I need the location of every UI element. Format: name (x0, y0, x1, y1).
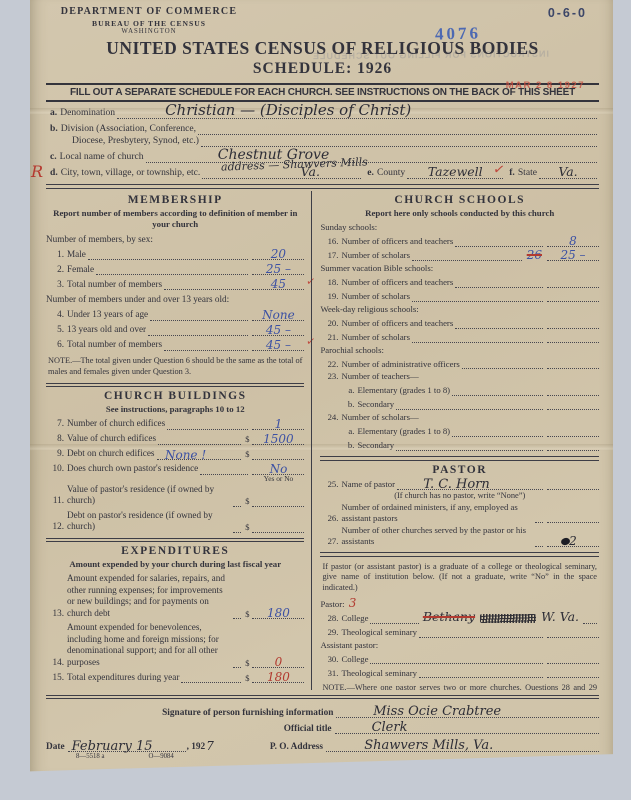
dotted-leader (419, 666, 543, 678)
dotted-leader (455, 317, 543, 329)
field-prefix: d. (50, 167, 58, 179)
pastor-note: NOTE.—Where one pastor serves two or mor… (322, 683, 597, 690)
question-number: 10. (46, 463, 64, 475)
dotted-leader: address — Shawvers Mills Va. (202, 167, 361, 179)
parenthetical-note: (If church has no pastor, write “None”) (320, 491, 599, 500)
question-number: 19. (320, 291, 338, 302)
dotted-leader (396, 398, 543, 410)
city-line: WASHINGTON (54, 28, 244, 36)
question-row: 15.Total expenditures during year$180 (46, 671, 304, 683)
question-number: 29. (320, 627, 338, 638)
question-row: 30.College (320, 652, 599, 664)
dotted-leader (412, 249, 522, 261)
red-handwritten-mark: 3 (349, 596, 357, 610)
dotted-leader (167, 418, 248, 430)
handwritten-date: February 15 (72, 740, 153, 753)
question-row: 31.Theological seminary (320, 666, 599, 678)
question-label: Number of scholars (341, 250, 410, 261)
date-label: Date (46, 742, 65, 752)
church-buildings-heading: CHURCH BUILDINGS (46, 390, 304, 402)
question-label: Debt on pastor's residence (if owned by … (67, 510, 231, 533)
answer-blank (547, 439, 599, 451)
serial-number-stamp: 4076 (435, 23, 482, 44)
membership-subheading: Report number of members according to de… (50, 208, 300, 230)
group-heading-row: Parochial schools: (320, 345, 599, 356)
dotted-leader (370, 652, 543, 664)
handwritten-entry: 0 (252, 656, 304, 668)
section-rule (46, 695, 599, 700)
field-label: City, town, village, or township, etc. (61, 167, 201, 179)
dotted-leader (233, 656, 241, 668)
field-label: State (518, 167, 537, 179)
church-buildings-subheading: See instructions, paragraphs 10 to 12 (50, 404, 300, 415)
question-row: 20.Number of officers and teachers (320, 317, 599, 329)
handwritten-entry: 45 – (252, 339, 304, 351)
dotted-leader (150, 309, 248, 321)
handwritten-entry: T. C. Horn (423, 478, 490, 491)
question-label: Number of scholars (341, 291, 410, 302)
form-number: 8—5518 a (76, 753, 105, 760)
answer-blank (252, 448, 304, 460)
question-number: 20. (320, 318, 338, 329)
handwritten-entry: Christian — (Disciples of Christ) (117, 103, 597, 118)
answer-blank: None (252, 309, 304, 321)
question-number: 18. (320, 277, 338, 288)
handwritten-entry: None (252, 309, 304, 321)
answer-blank: 45 – (252, 324, 304, 336)
handwritten-entry: 8 (547, 235, 599, 247)
dotted-leader (233, 495, 241, 507)
dotted-leader (583, 612, 597, 624)
dollar-sign: $ (245, 609, 249, 620)
photo-background: INSTRUCTIONS FOR FILLING OUT SCHEDULE DE… (0, 0, 631, 800)
handwritten-entry: Chestnut Grove (146, 148, 597, 162)
question-label: Number of officers and teachers (341, 277, 453, 288)
answer-blank: 2 (547, 535, 599, 547)
question-label: Name of pastor (341, 479, 395, 490)
handwritten-entry: 180 (252, 671, 304, 683)
handwritten-entry: Va. (539, 166, 597, 179)
form-columns: MEMBERSHIP Report number of members acco… (46, 191, 599, 690)
dotted-leader (412, 331, 543, 343)
handwritten-entry: W. Va. (541, 611, 579, 624)
denomination-row: a. Denomination Christian — (Disciples o… (46, 107, 599, 119)
question-row: 26.Number of ordained ministers, if any,… (320, 502, 599, 524)
answer-blank (252, 495, 304, 507)
question-label: Number of church edifices (67, 418, 165, 430)
answer-blank: 8 (547, 235, 599, 247)
question-row: 22.Number of administrative officers (320, 357, 599, 369)
signature-block: Signature of person furnishing informati… (46, 701, 599, 760)
question-label: Under 13 years of age (67, 309, 148, 321)
form-title: UNITED STATES CENSUS OF RELIGIOUS BODIES (46, 38, 599, 59)
dotted-leader (452, 384, 543, 396)
group-heading-row: Number of members, by sex: (46, 234, 304, 246)
question-row: a.Elementary (grades 1 to 8) (320, 425, 599, 437)
question-row: 28.CollegeBethanyW. Va. (320, 611, 599, 624)
dotted-leader (419, 626, 543, 638)
dotted-leader (198, 123, 597, 135)
dotted-leader (462, 357, 543, 369)
dollar-sign: $ (245, 522, 249, 533)
question-row: 17.Number of scholars2625 – (320, 249, 599, 261)
question-label: Theological seminary (341, 668, 417, 679)
group-heading-row: Number of members under and over 13 year… (46, 294, 304, 306)
dotted-leader (164, 339, 248, 351)
field-label: Denomination (60, 107, 115, 119)
question-row: a.Elementary (grades 1 to 8) (320, 384, 599, 396)
question-row: 23.Number of teachers— (320, 371, 599, 382)
question-label: College (341, 654, 368, 665)
identification-block: a. Denomination Christian — (Disciples o… (46, 107, 599, 179)
question-number: 14. (46, 657, 64, 669)
answer-blank: NoYes or No (252, 463, 304, 475)
graduate-instructions: If pastor (or assistant pastor) is a gra… (322, 562, 597, 594)
dotted-leader (370, 612, 418, 624)
question-row: 9.Debt on church edificesNone !$ (46, 448, 304, 460)
form-subtitle: SCHEDULE: 1926 (46, 60, 599, 78)
pastor-note-text: NOTE.—Where one pastor serves two or mor… (322, 683, 597, 690)
question-row: 1.Male20 (46, 248, 304, 260)
handwritten-entry: Tazewell (407, 166, 503, 179)
question-row: 4.Under 13 years of ageNone (46, 309, 304, 321)
question-label: Number of scholars— (341, 412, 418, 423)
answer-blank: 45 –✓ (252, 339, 304, 351)
question-number: 5. (46, 324, 64, 336)
question-label: Number of members, by sex: (46, 234, 153, 246)
question-label: Value of pastor's residence (if owned by… (67, 484, 231, 507)
division-row-line2: Diocese, Presbytery, Synod, etc.) (46, 135, 599, 147)
dotted-line: February 15 (68, 740, 186, 752)
question-label: Amount expended for salaries, repairs, a… (67, 573, 231, 619)
section-rule (46, 538, 304, 543)
handwritten-entry: 1 (252, 418, 304, 430)
dotted-leader: T. C. Horn (397, 478, 543, 490)
question-number: 13. (46, 608, 64, 620)
question-number: 23. (320, 371, 338, 382)
question-label: Male (67, 249, 86, 261)
dotted-leader: Christian — (Disciples of Christ) (117, 107, 597, 119)
question-row: 24.Number of scholars— (320, 412, 599, 423)
expenditures-heading: EXPENDITURES (46, 545, 304, 557)
bureau-line: BUREAU OF THE CENSUS (54, 19, 244, 28)
right-column: CHURCH SCHOOLS Report here only schools … (311, 191, 599, 690)
question-row: 8.Value of church edifices$1500 (46, 433, 304, 445)
question-label: 13 years old and over (67, 324, 146, 336)
membership-note: NOTE.—The total given under Question 6 s… (48, 356, 302, 378)
group-heading-row: Summer vacation Bible schools: (320, 263, 599, 274)
answer-blank: 20 (252, 248, 304, 260)
handwritten-entry: Va. (202, 166, 361, 179)
question-row: 13.Amount expended for salaries, repairs… (46, 573, 304, 619)
po-address-label: P. O. Address (270, 742, 323, 752)
handwritten-entry: 45 – (252, 324, 304, 336)
question-number: 21. (320, 332, 338, 343)
section-rule (320, 552, 599, 557)
handwritten-entry: Clerk (372, 721, 408, 734)
question-number: 6. (46, 339, 64, 351)
answer-blank (547, 276, 599, 288)
question-label: Secondary (357, 440, 394, 451)
question-number: 1. (46, 249, 64, 261)
answer-blank: 0 (252, 656, 304, 668)
red-checkmark: ✓ (492, 161, 507, 180)
question-row: 12.Debt on pastor's residence (if owned … (46, 510, 304, 533)
pastor-questions: 25.Name of pastorT. C. Horn(If church ha… (320, 478, 599, 548)
question-number: 22. (320, 359, 338, 370)
section-rule (46, 184, 599, 189)
group-heading-row: Assistant pastor: (320, 640, 599, 651)
question-label: Amount expended for benevolences, includ… (67, 622, 231, 668)
question-label: Number of officers and teachers (341, 318, 453, 329)
handwritten-entry: 25 – (252, 263, 304, 275)
question-row: 16.Number of officers and teachers8 (320, 235, 599, 247)
answer-blank (547, 666, 599, 678)
membership-heading: MEMBERSHIP (46, 194, 304, 206)
question-row: 10.Does church own pastor's residenceNoY… (46, 463, 304, 475)
dollar-sign: $ (245, 449, 249, 460)
dotted-leader (200, 463, 248, 475)
dotted-leader (233, 521, 241, 533)
question-number: 12. (46, 521, 64, 533)
dotted-leader (452, 425, 543, 437)
question-row: 29.Theological seminary (320, 626, 599, 638)
question-row: 2.Female25 – (46, 263, 304, 275)
handwritten-entry: 1500 (252, 433, 304, 445)
answer-blank (547, 478, 599, 490)
signature-row: Signature of person furnishing informati… (162, 706, 599, 718)
handwritten-address: Shawvers Mills, Va. (364, 739, 493, 752)
answer-blank (547, 384, 599, 396)
question-label: Value of church edifices (67, 433, 156, 445)
dotted-leader (396, 439, 543, 451)
pastor-heading: PASTOR (320, 464, 599, 476)
dotted-leader: Chestnut Grove (146, 151, 597, 163)
handwritten-entry: 2 (547, 535, 599, 547)
question-label: Number of scholars (341, 332, 410, 343)
agency-block: DEPARTMENT OF COMMERCE BUREAU OF THE CEN… (54, 6, 244, 36)
question-label: Does church own pastor's residence (67, 463, 198, 475)
form-header: DEPARTMENT OF COMMERCE BUREAU OF THE CEN… (46, 6, 599, 78)
dotted-line: Miss Ocie Crabtree (336, 706, 599, 718)
answer-blank: 180 (252, 607, 304, 619)
dotted-leader (158, 433, 241, 445)
question-label: Number of administrative officers (341, 359, 459, 370)
handwritten-entry: 20 (252, 248, 304, 260)
question-number: 26. (320, 513, 338, 524)
dollar-sign: $ (245, 658, 249, 669)
question-number: 2. (46, 264, 64, 276)
dotted-leader (535, 535, 543, 547)
dollar-sign: $ (245, 673, 249, 684)
form-number-row: 8—5518 a O—9084 (76, 753, 599, 760)
dotted-leader (88, 248, 249, 260)
ink-scribble (480, 614, 536, 623)
dotted-line: Clerk (335, 722, 599, 734)
field-prefix: e. (367, 167, 374, 179)
answer-blank (547, 398, 599, 410)
question-row: 21.Number of scholars (320, 331, 599, 343)
dotted-leader: None ! (157, 448, 242, 460)
dotted-leader (148, 324, 248, 336)
field-label: Local name of church (60, 151, 144, 163)
left-column: MEMBERSHIP Report number of members acco… (46, 191, 311, 690)
question-label: Total number of members (67, 339, 162, 351)
pastor-label: Pastor: (320, 599, 344, 609)
expenditures-questions: 13.Amount expended for salaries, repairs… (46, 573, 304, 683)
handwritten-entry: 45 (252, 278, 304, 290)
question-label: Number of teachers— (341, 371, 418, 382)
handwritten-entry: Bethany (423, 611, 475, 624)
dollar-sign: $ (245, 434, 249, 445)
question-number: 4. (46, 309, 64, 321)
question-label: Summer vacation Bible schools: (320, 263, 433, 274)
question-row: b.Secondary (320, 398, 599, 410)
date-address-row: Date February 15 , 192 7 P. O. Address S… (46, 740, 599, 752)
question-label: Total number of members (67, 279, 162, 291)
question-number: 31. (320, 668, 338, 679)
department-line: DEPARTMENT OF COMMERCE (54, 6, 244, 19)
answer-blank (547, 425, 599, 437)
question-label: Sunday schools: (320, 222, 377, 233)
question-row: 11.Value of pastor's residence (if owned… (46, 484, 304, 507)
answer-blank (547, 290, 599, 302)
question-number: 8. (46, 433, 64, 445)
handwritten-entry: 180 (252, 607, 304, 619)
answer-blank (252, 521, 304, 533)
printed-year-prefix: , 192 (187, 742, 206, 752)
question-label: Elementary (grades 1 to 8) (357, 426, 450, 437)
official-title-row: Official title Clerk (284, 722, 599, 734)
question-number: 17. (320, 250, 338, 261)
answer-caption: Yes or No (248, 474, 308, 483)
dotted-leader (96, 263, 248, 275)
question-row: 5.13 years old and over45 – (46, 324, 304, 336)
field-label: County (377, 167, 405, 179)
group-heading-row: Sunday schools: (320, 222, 599, 233)
dotted-leader (164, 278, 248, 290)
sub-item-letter: b. (320, 399, 354, 410)
field-prefix: c. (50, 151, 57, 163)
dotted-leader (535, 511, 543, 523)
question-label: Female (67, 264, 94, 276)
dotted-leader: Va. (539, 167, 597, 179)
dotted-line: Shawvers Mills, Va. (326, 740, 599, 752)
answer-blank (547, 331, 599, 343)
church-schools-questions: Sunday schools:16.Number of officers and… (320, 222, 599, 451)
section-rule (320, 456, 599, 461)
question-label: Assistant pastor: (320, 640, 378, 651)
field-prefix: f. (509, 167, 515, 179)
question-row: 6.Total number of members45 –✓ (46, 339, 304, 351)
question-label: Theological seminary (341, 627, 417, 638)
sub-item-letter: b. (320, 440, 354, 451)
dotted-leader (455, 235, 543, 247)
question-label: College (341, 613, 368, 624)
question-row: 18.Number of officers and teachers (320, 276, 599, 288)
answer-blank: 25 – (252, 263, 304, 275)
question-label: Number of other churches served by the p… (341, 525, 533, 547)
handwritten-year-digit: 7 (206, 740, 214, 752)
field-label: Division (Association, Conference, (61, 123, 196, 135)
dotted-leader (233, 607, 241, 619)
dollar-sign: $ (245, 496, 249, 507)
handwritten-signature: Miss Ocie Crabtree (373, 705, 501, 718)
dotted-leader (455, 276, 543, 288)
question-number: 25. (320, 479, 338, 490)
answer-blank: 45✓ (252, 278, 304, 290)
question-label: Elementary (grades 1 to 8) (357, 385, 450, 396)
question-number: 24. (320, 412, 338, 423)
question-label: Number of ordained ministers, if any, em… (341, 502, 533, 524)
answer-blank (547, 652, 599, 664)
dotted-leader (412, 290, 543, 302)
question-label: Parochial schools: (320, 345, 383, 356)
answer-blank: 180 (252, 671, 304, 683)
answer-blank (547, 511, 599, 523)
church-schools-subheading: Report here only schools conducted by th… (324, 208, 595, 219)
field-prefix: b. (50, 123, 58, 135)
struck-out-entry: 26 (527, 249, 542, 261)
membership-questions: Number of members, by sex:1.Male202.Fema… (46, 234, 304, 351)
question-row: 14.Amount expended for benevolences, inc… (46, 622, 304, 668)
answer-blank (547, 357, 599, 369)
census-form-document: INSTRUCTIONS FOR FILLING OUT SCHEDULE DE… (30, 0, 613, 776)
answer-blank: 25 – (547, 249, 599, 261)
church-buildings-questions: 7.Number of church edifices18.Value of c… (46, 418, 304, 533)
question-label: Secondary (357, 399, 394, 410)
official-title-label: Official title (284, 724, 332, 734)
question-row: b.Secondary (320, 439, 599, 451)
dotted-leader: Tazewell ✓ (407, 167, 503, 179)
question-label: Total expenditures during year (67, 672, 179, 684)
question-row: 3.Total number of members45✓ (46, 278, 304, 290)
question-label: Week-day religious schools: (320, 304, 418, 315)
question-number: 16. (320, 236, 338, 247)
pastor-education-questions: 28.CollegeBethanyW. Va.29.Theological se… (320, 611, 599, 678)
dotted-leader (181, 671, 241, 683)
answer-blank (547, 626, 599, 638)
received-date-stamp: MAR 2 8 1927 (506, 80, 585, 91)
expenditures-subheading: Amount expended by your church during la… (50, 559, 300, 570)
question-number: 30. (320, 654, 338, 665)
question-row: 27.Number of other churches served by th… (320, 525, 599, 547)
group-heading-row: Week-day religious schools: (320, 304, 599, 315)
question-row: 19.Number of scholars (320, 290, 599, 302)
handwritten-entry: 25 – (547, 249, 599, 261)
sub-item-letter: a. (320, 426, 354, 437)
field-label: Diocese, Presbytery, Synod, etc.) (72, 135, 199, 147)
question-label: Number of members under and over 13 year… (46, 294, 229, 306)
question-number: 7. (46, 418, 64, 430)
church-schools-heading: CHURCH SCHOOLS (320, 194, 599, 206)
question-number: 3. (46, 279, 64, 291)
question-number: 27. (320, 536, 338, 547)
division-row: b. Division (Association, Conference, (46, 123, 599, 135)
question-number: 28. (320, 613, 338, 624)
question-row: 25.Name of pastorT. C. Horn (320, 478, 599, 490)
handwritten-entry: None ! (165, 449, 206, 461)
question-row: 7.Number of church edifices1 (46, 418, 304, 430)
signature-label: Signature of person furnishing informati… (162, 708, 333, 718)
question-number: 11. (46, 495, 64, 507)
city-county-state-row: R d. City, town, village, or township, e… (46, 167, 599, 179)
dotted-leader (201, 135, 597, 147)
question-label: Number of officers and teachers (341, 236, 453, 247)
print-code: O—9084 (149, 753, 174, 760)
red-margin-mark: R (31, 162, 43, 182)
question-number: 9. (46, 448, 64, 460)
